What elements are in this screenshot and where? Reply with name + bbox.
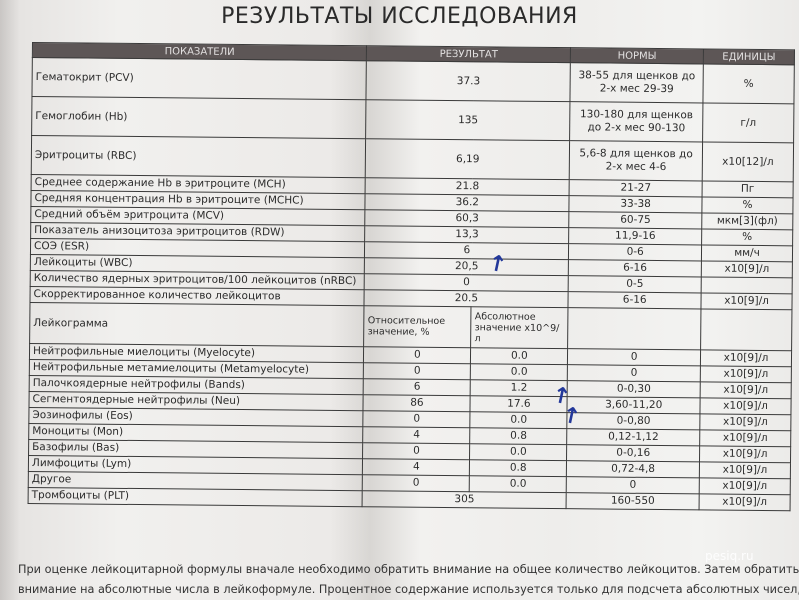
row-name: Гемоглобин (Hb) — [32, 97, 367, 139]
row-relative: 6 — [364, 379, 471, 396]
row-unit: x10[9]/л — [700, 414, 791, 431]
row-result: 21.8 — [365, 178, 569, 196]
row-result: 135 — [366, 100, 570, 141]
row-result: 0 — [365, 274, 569, 292]
row-result: 37.3 — [366, 61, 570, 102]
row-unit: x10[9]/л — [700, 398, 791, 415]
row-norm: 33-38 — [569, 196, 702, 213]
row-norm: 0,72-4,8 — [567, 461, 700, 478]
empty-cell — [701, 309, 792, 351]
leukogram-header-row: Лейкограмма Относительное значение, % Аб… — [30, 302, 792, 350]
row-norm: 160-550 — [566, 493, 699, 510]
row-result: 6 — [365, 242, 569, 260]
row-norm: 21-27 — [569, 180, 702, 197]
row-relative: 4 — [363, 427, 470, 444]
row-unit: г/л — [703, 103, 794, 143]
row-relative: 4 — [363, 459, 470, 476]
row-norm: 5,6-8 для щенков до 2-х мес 4-6 — [569, 141, 702, 181]
row-norm: 60-75 — [569, 212, 702, 229]
row-absolute: 0.8 — [470, 460, 567, 477]
row-norm: 6-16 — [569, 260, 702, 277]
row-norm: 11,9-16 — [569, 228, 702, 245]
row-result: 36.2 — [365, 194, 569, 212]
row-norm: 0 — [568, 349, 701, 366]
row-unit: x10[9]/л — [700, 446, 791, 463]
row-norm: 0,12-1,12 — [567, 429, 700, 446]
footnote: При оценке лейкоцитарной формулы вначале… — [18, 560, 799, 600]
row-norm: 0 — [566, 477, 699, 494]
row-norm: 6-16 — [568, 292, 701, 309]
row-unit: x10[9]/л — [699, 478, 790, 495]
row-norm: 130-180 для щенков до 2-х мес 90-130 — [570, 102, 703, 142]
row-result: 305 — [362, 491, 566, 509]
row-unit: Пг — [702, 181, 793, 198]
row-norm: 38-55 для щенков до 2-х мес 29-39 — [570, 63, 703, 103]
leukogram-title: Лейкограмма — [30, 302, 365, 346]
row-unit: % — [703, 64, 794, 104]
row-unit: x10[9]/л — [699, 462, 790, 479]
row-relative: 0 — [364, 347, 471, 364]
row-relative: 0 — [363, 475, 470, 492]
row-name: Эритроциты (RBC) — [31, 136, 366, 178]
row-unit: x10[12]/л — [702, 142, 793, 182]
header-units: ЕДИНИЦЫ — [703, 49, 794, 65]
row-relative: 0 — [363, 411, 470, 428]
row-relative: 0 — [363, 443, 470, 460]
row-unit: x10[9]/л — [700, 382, 791, 399]
row-unit: мкм[3](фл) — [702, 213, 793, 230]
row-name: Тромбоциты (PLT) — [28, 487, 363, 506]
row-result: 60,3 — [365, 210, 569, 228]
row-relative: 86 — [363, 395, 470, 412]
row-unit: % — [702, 197, 793, 214]
row-unit: мм/ч — [701, 245, 792, 262]
row-norm: 0 — [568, 365, 701, 382]
row-norm: 3,60-11,20 — [567, 397, 700, 414]
row-norm: 0-0,16 — [567, 445, 700, 462]
row-unit: x10[9]/л — [700, 366, 791, 383]
row-unit: % — [702, 229, 793, 246]
empty-cell — [568, 308, 701, 350]
page-title: РЕЗУЛЬТАТЫ ИССЛЕДОВАНИЯ — [0, 4, 799, 29]
row-absolute: 0.0 — [470, 412, 567, 429]
row-norm: 0-6 — [569, 244, 702, 261]
row-absolute: 0.0 — [470, 444, 567, 461]
row-unit — [701, 277, 792, 294]
row-result: 20.5 — [364, 290, 568, 308]
row-absolute: 0.0 — [470, 476, 567, 493]
row-relative: 0 — [364, 363, 471, 380]
row-absolute: 0.0 — [471, 348, 568, 365]
row-name: Гематокрит (PCV) — [32, 58, 367, 100]
row-result: 13,3 — [365, 226, 569, 244]
row-norm: 0-0,80 — [567, 413, 700, 430]
row-result: 6,19 — [366, 139, 570, 180]
row-unit: x10[9]/л — [699, 494, 790, 511]
results-table: ПОКАЗАТЕЛИ РЕЗУЛЬТАТ НОРМЫ ЕДИНИЦЫ Гемат… — [28, 42, 795, 511]
row-unit: x10[9]/л — [700, 350, 791, 367]
row-norm: 0-0,30 — [567, 381, 700, 398]
row-absolute: 0.8 — [470, 428, 567, 445]
row-norm: 0-5 — [568, 276, 701, 293]
row-absolute: 0.0 — [471, 364, 568, 381]
row-unit: x10[9]/л — [701, 261, 792, 278]
header-norms: НОРМЫ — [571, 48, 704, 64]
absolute-header: Абсолютное значение x10^9/л — [471, 307, 568, 349]
row-result: 20,5 — [365, 258, 569, 276]
row-unit: x10[9]/л — [701, 293, 792, 310]
relative-header: Относительное значение, % — [364, 306, 471, 348]
row-unit: x10[9]/л — [700, 430, 791, 447]
